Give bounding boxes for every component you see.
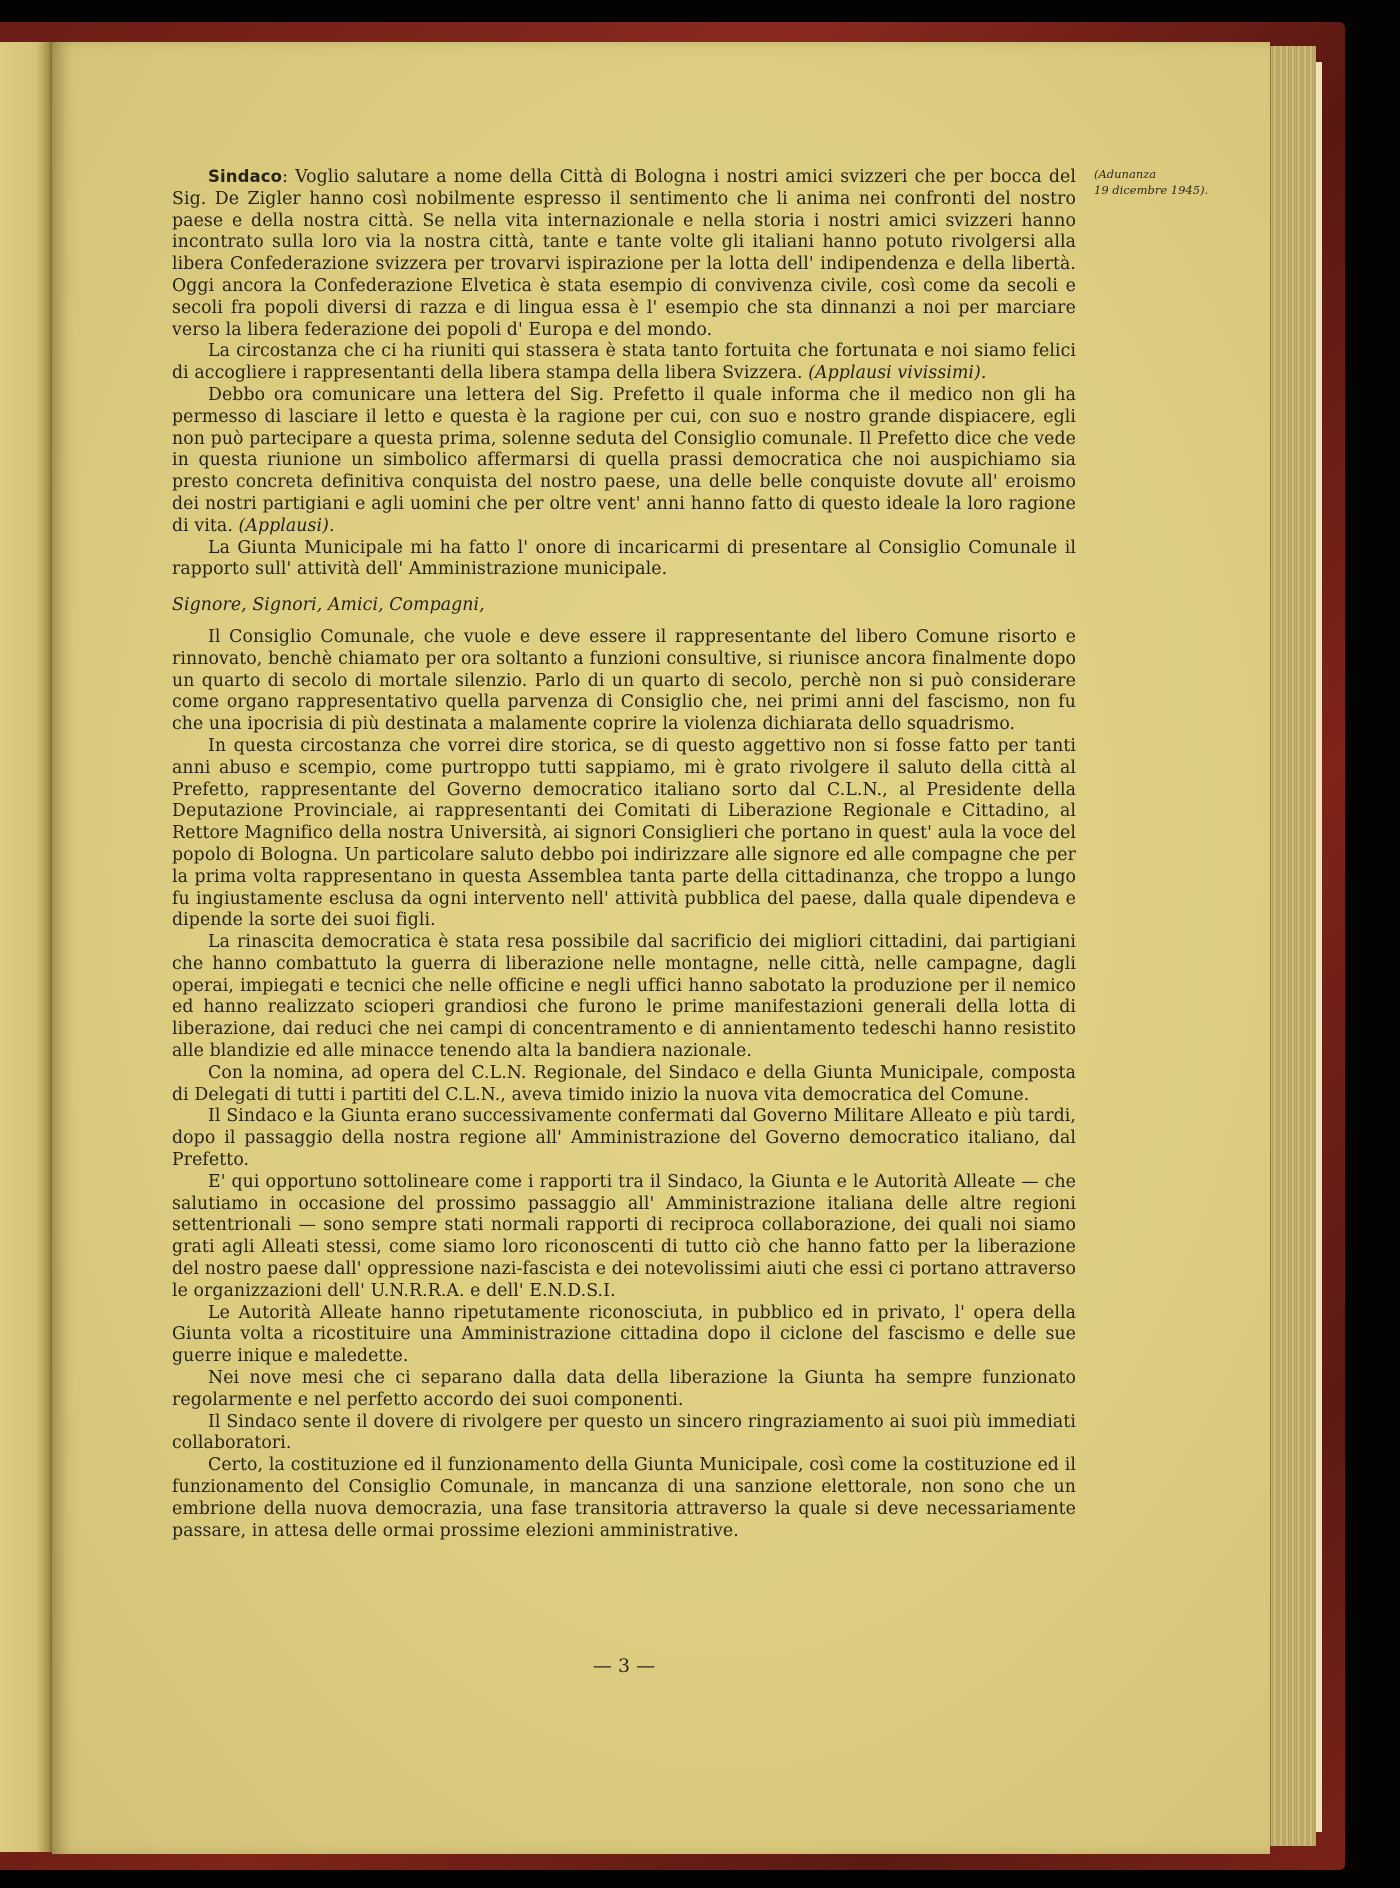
- applause-note: (Applausi vivissimi).: [808, 363, 986, 383]
- salutation: Signore, Signori, Amici, Compagni,: [172, 595, 1076, 617]
- speech-paragraph: Il Sindaco e la Giunta erano successivam…: [172, 1106, 1076, 1171]
- marginal-note-line-1: (Adunanza: [1094, 166, 1234, 182]
- left-page-edge: [0, 42, 52, 1852]
- speech-paragraph: Con la nomina, ad opera del C.L.N. Regio…: [172, 1063, 1076, 1107]
- marginal-note: (Adunanza 19 dicembre 1945).: [1094, 166, 1234, 198]
- paragraph: La circostanza che ci ha riuniti qui sta…: [172, 341, 1076, 385]
- applause-note: (Applausi).: [239, 516, 335, 536]
- speech-paragraph: Nei nove mesi che ci separano dalla data…: [172, 1368, 1076, 1412]
- speech-paragraph: Il Sindaco sente il dovere di rivolgere …: [172, 1412, 1076, 1456]
- speech-paragraph: E' qui opportuno sottolineare come i rap…: [172, 1172, 1076, 1303]
- marginal-note-line-2: 19 dicembre 1945).: [1094, 182, 1234, 198]
- paragraph-text: : Voglio salutare a nome della Città di …: [172, 167, 1076, 340]
- paragraph-opening: Sindaco: Voglio salutare a nome della Ci…: [172, 166, 1076, 341]
- speech-paragraph: Le Autorità Alleate hanno ripetutamente …: [172, 1303, 1076, 1368]
- speech-paragraph: In questa circostanza che vorrei dire st…: [172, 736, 1076, 932]
- speaker-name: Sindaco: [208, 167, 282, 186]
- paragraph-text: Debbo ora comunicare una lettera del Sig…: [172, 385, 1076, 536]
- paragraph: Debbo ora comunicare una lettera del Sig…: [172, 385, 1076, 538]
- page-number: — 3 —: [172, 1655, 1076, 1677]
- speech-paragraph: Certo, la costituzione ed il funzionamen…: [172, 1455, 1076, 1542]
- speech-paragraph: Il Consiglio Comunale, che vuole e deve …: [172, 627, 1076, 736]
- page-stack-edges: [1270, 46, 1316, 1846]
- paragraph: La Giunta Municipale mi ha fatto l' onor…: [172, 538, 1076, 582]
- document-body: Sindaco: Voglio salutare a nome della Ci…: [172, 166, 1076, 1542]
- speech-paragraph: La rinascita democratica è stata resa po…: [172, 932, 1076, 1063]
